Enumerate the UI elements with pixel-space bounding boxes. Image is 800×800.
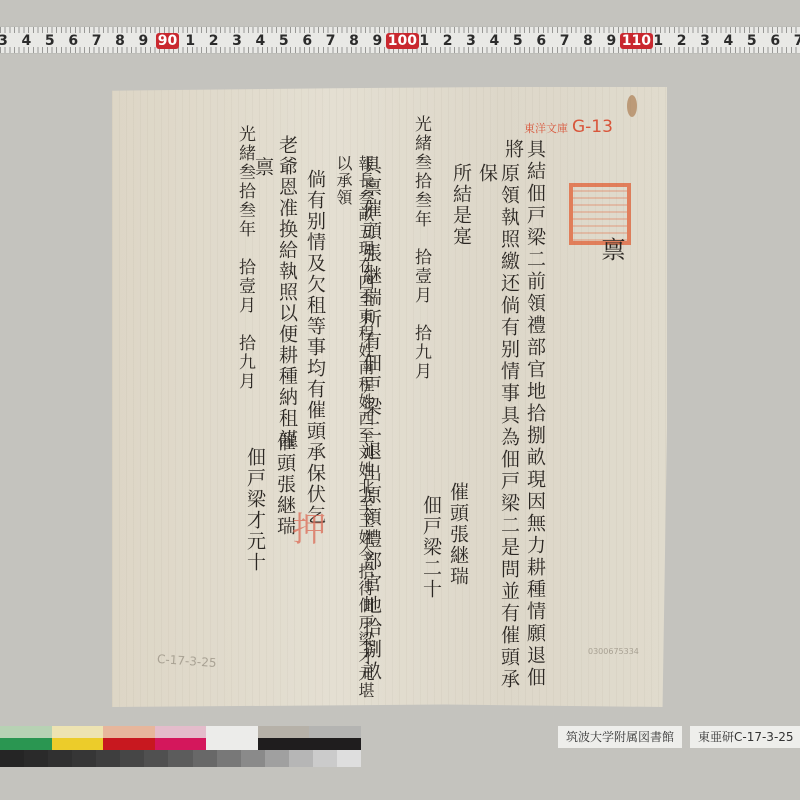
gray-step [217,750,241,767]
ruler-number: 7 [792,33,800,49]
library-label: 筑波大学附属図書館 [558,726,682,748]
text-column-6: 具禀催頭張継瑞所有佃戸梁二退出原領禮部官地拾捌畝 [360,155,382,683]
color-swatch [103,726,155,750]
ruler-number: 1 [417,33,431,49]
color-checker [0,726,361,783]
text-column-3: 所結是寔 [450,163,472,247]
ruler-number: 4 [253,33,267,49]
ruler-number: 110 [620,33,653,49]
barcode-number: 0300675334 [588,647,639,656]
text-column-2: 原領執照繳还倘有别情事具為佃戸梁二是問並有催頭承保 [476,163,520,707]
ruler-number: 6 [300,33,314,49]
title-char: 禀 [600,237,622,263]
gray-step [168,750,192,767]
color-swatch [309,726,361,750]
ruler-number: 3 [698,33,712,49]
ruler-number: 100 [386,33,419,49]
signature-tenant-2: 佃戸梁才元十 [244,447,266,573]
gray-step [120,750,144,767]
color-swatch [0,726,52,750]
gray-step [24,750,48,767]
ruler-number: 9 [370,33,384,49]
ruler-number: 4 [19,33,33,49]
pencil-reference: C-17-3-25 [157,652,217,670]
ruler-number: 1 [651,33,665,49]
gray-step [72,750,96,767]
signature-tenant-1: 佃戸梁二十 [420,495,442,600]
gray-step [313,750,337,767]
text-column-7: 報長叁畝五現在四至東程姓南程姓西至刘姓北至王姓今拾得佃戸梁才元堪以承領 [332,155,376,707]
collection-stamp: 東洋文庫G-13 [524,117,613,137]
gray-step [48,750,72,767]
gray-step [193,750,217,767]
text-column-9b: 禀 [252,157,274,178]
ruler-number: 6 [66,33,80,49]
ruler-number: 3 [464,33,478,49]
ruler-number: 7 [558,33,572,49]
stamp-code: G-13 [572,117,613,137]
ruler-number: 3 [0,33,10,49]
gray-step [0,750,24,767]
color-swatch [258,726,310,750]
text-column-8: 倘有别情及欠租等事均有催頭承保伏乞 [304,169,326,526]
ruler-number: 90 [156,33,179,49]
measuring-ruler: 3456789901234567891001234567891101234567 [0,26,800,54]
date-column-2: 光緒叁拾叁年 拾壹月 拾九月 [234,125,256,391]
gray-step [289,750,313,767]
ruler-number: 7 [324,33,338,49]
gray-step [96,750,120,767]
ruler-number: 8 [347,33,361,49]
stamp-prefix: 東洋文庫 [524,122,568,135]
stain-mark [627,95,637,117]
text-column-1: 具結佃戸梁二前領禮部官地拾捌畝現因無力耕種情願退佃將 [502,139,546,707]
ruler-number: 8 [581,33,595,49]
ruler-number: 4 [487,33,501,49]
color-swatch [52,726,104,750]
gray-step [144,750,168,767]
ruler-number: 2 [675,33,689,49]
ruler-number: 5 [277,33,291,49]
ruler-number: 2 [441,33,455,49]
signature-cuitou-1: 催頭張継瑞 [447,482,469,587]
ruler-number: 9 [136,33,150,49]
gray-step [337,750,361,767]
ruler-number: 6 [534,33,548,49]
ruler-number: 1 [183,33,197,49]
date-column-1: 光緒叁拾叁年 拾壹月 拾九月 [410,115,432,381]
ruler-number: 5 [511,33,525,49]
ruler-number: 2 [207,33,221,49]
ruler-number: 5 [745,33,759,49]
ruler-number: 5 [43,33,57,49]
ruler-number: 4 [721,33,735,49]
catalog-label: 東亜研C-17-3-25 [具結 [690,726,800,748]
signature-cuitou-2: 催頭張継瑞 [274,432,296,537]
ruler-number: 3 [230,33,244,49]
gray-step [241,750,265,767]
text-column-9: 老爺恩准换給執照以便耕種納租謹 [276,135,298,450]
red-signature-mark: 押 [292,502,324,546]
ruler-number: 9 [604,33,618,49]
document-sheet: 東洋文庫G-13 禀 具結佃戸梁二前領禮部官地拾捌畝現因無力耕種情願退佃將 原領… [112,87,667,707]
color-swatch [155,726,207,750]
gray-step [265,750,289,767]
ruler-number: 6 [768,33,782,49]
ruler-number: 8 [113,33,127,49]
ruler-number: 7 [90,33,104,49]
red-seal [569,183,631,245]
color-swatch [206,726,258,750]
